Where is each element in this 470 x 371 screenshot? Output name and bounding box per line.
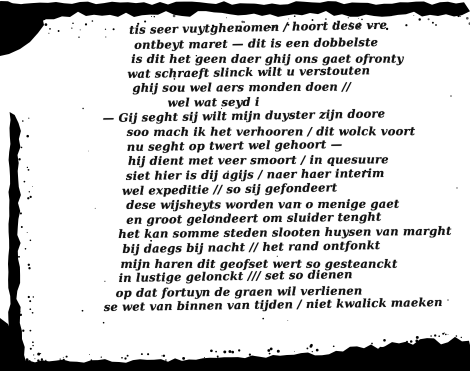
scanned-manuscript-page: tis seer vuytghenomen / hoort dese vre o… — [0, 0, 470, 371]
manuscript-line: ghij sou wel aers monden doen // — [132, 81, 351, 95]
manuscript-line: bij daegs bij nacht // het rand ontfonkt — [122, 239, 380, 256]
manuscript-line: siet hier is dij agijs / naer haer inter… — [126, 167, 385, 183]
manuscript-line: wat schraeft slinck wilt u verstouten — [127, 64, 370, 81]
manuscript-line: se wet van binnen van tijden / niet kwal… — [104, 296, 443, 314]
manuscript-line: wel expeditie // so sij gefondeert — [122, 181, 337, 198]
manuscript-line: in lustige gelonckt /// set so dienen — [119, 268, 353, 285]
manuscript-line: — Gij seght sij wilt mijn duyster zijn d… — [103, 107, 386, 125]
manuscript-line: ontbeyt maret — dit is een dobbelste — [134, 36, 378, 52]
manuscript-line: nu seght op twert wel gehoort — — [127, 138, 343, 154]
manuscript-line: tis seer vuytghenomen / hoort dese vre — [129, 19, 387, 37]
manuscript-line: wel wat seyd i — [168, 96, 260, 110]
manuscript-text-block: tis seer vuytghenomen / hoort dese vre o… — [99, 22, 446, 324]
